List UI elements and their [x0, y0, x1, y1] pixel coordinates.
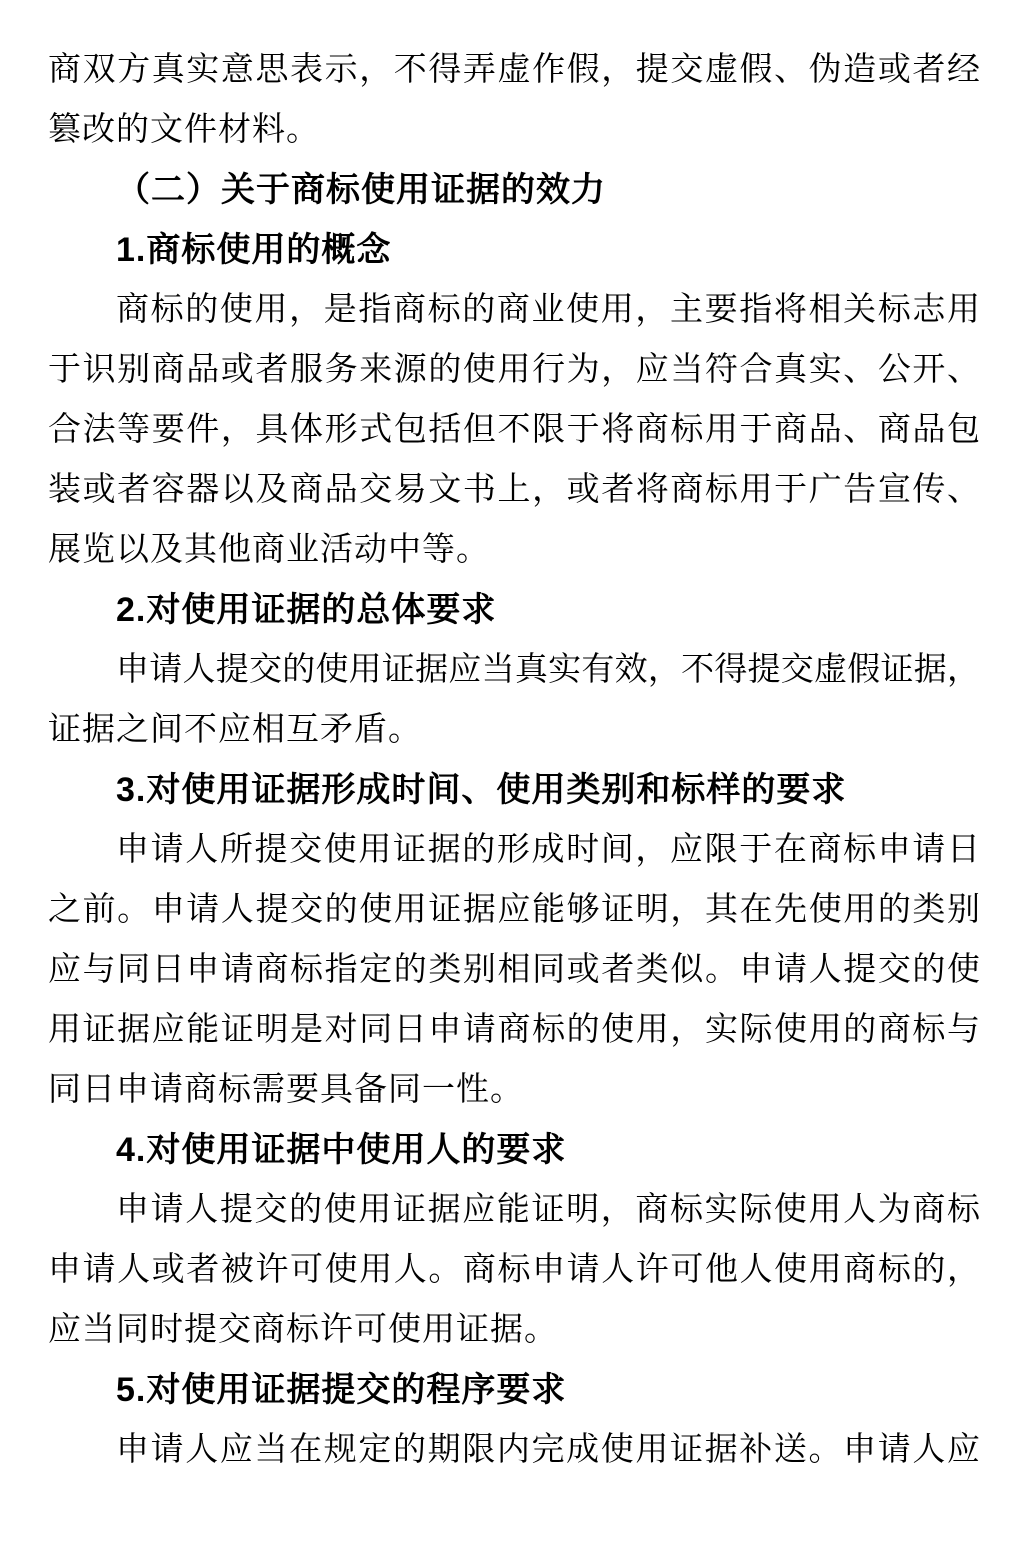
text-line: 同日申请商标需要具备同一性。: [48, 1060, 980, 1120]
text-line: 装或者容器以及商品交易文书上，或者将商标用于广告宣传、: [48, 460, 980, 520]
text-line: 申请人或者被许可使用人。商标申请人许可他人使用商标的，: [48, 1240, 980, 1300]
document-page: 商双方真实意思表示，不得弄虚作假，提交虚假、伪造或者经篡改的文件材料。（二）关于…: [0, 0, 1026, 1551]
heading-line: 3.对使用证据形成时间、使用类别和标样的要求: [48, 760, 980, 820]
text-line: 应与同日申请商标指定的类别相同或者类似。申请人提交的使: [48, 940, 980, 1000]
text-line: 用证据应能证明是对同日申请商标的使用，实际使用的商标与: [48, 1000, 980, 1060]
heading-line: 4.对使用证据中使用人的要求: [48, 1120, 980, 1180]
text-line: 证据之间不应相互矛盾。: [48, 700, 980, 760]
text-line: 申请人提交的使用证据应能证明，商标实际使用人为商标: [48, 1180, 980, 1240]
text-line: 商标的使用，是指商标的商业使用，主要指将相关标志用: [48, 280, 980, 340]
text-line: 之前。申请人提交的使用证据应能够证明，其在先使用的类别: [48, 880, 980, 940]
text-line: 申请人应当在规定的期限内完成使用证据补送。申请人应: [48, 1420, 980, 1480]
text-line: 于识别商品或者服务来源的使用行为，应当符合真实、公开、: [48, 340, 980, 400]
text-line: 应当同时提交商标许可使用证据。: [48, 1300, 980, 1360]
heading-line: 1.商标使用的概念: [48, 220, 980, 280]
heading-line: 2.对使用证据的总体要求: [48, 580, 980, 640]
text-line: 商双方真实意思表示，不得弄虚作假，提交虚假、伪造或者经: [48, 40, 980, 100]
heading-line: （二）关于商标使用证据的效力: [48, 160, 980, 220]
text-line: 申请人提交的使用证据应当真实有效，不得提交虚假证据，: [48, 640, 980, 700]
text-line: 合法等要件，具体形式包括但不限于将商标用于商品、商品包: [48, 400, 980, 460]
text-line: 申请人所提交使用证据的形成时间，应限于在商标申请日: [48, 820, 980, 880]
heading-line: 5.对使用证据提交的程序要求: [48, 1360, 980, 1420]
text-line: 篡改的文件材料。: [48, 100, 980, 160]
text-line: 展览以及其他商业活动中等。: [48, 520, 980, 580]
